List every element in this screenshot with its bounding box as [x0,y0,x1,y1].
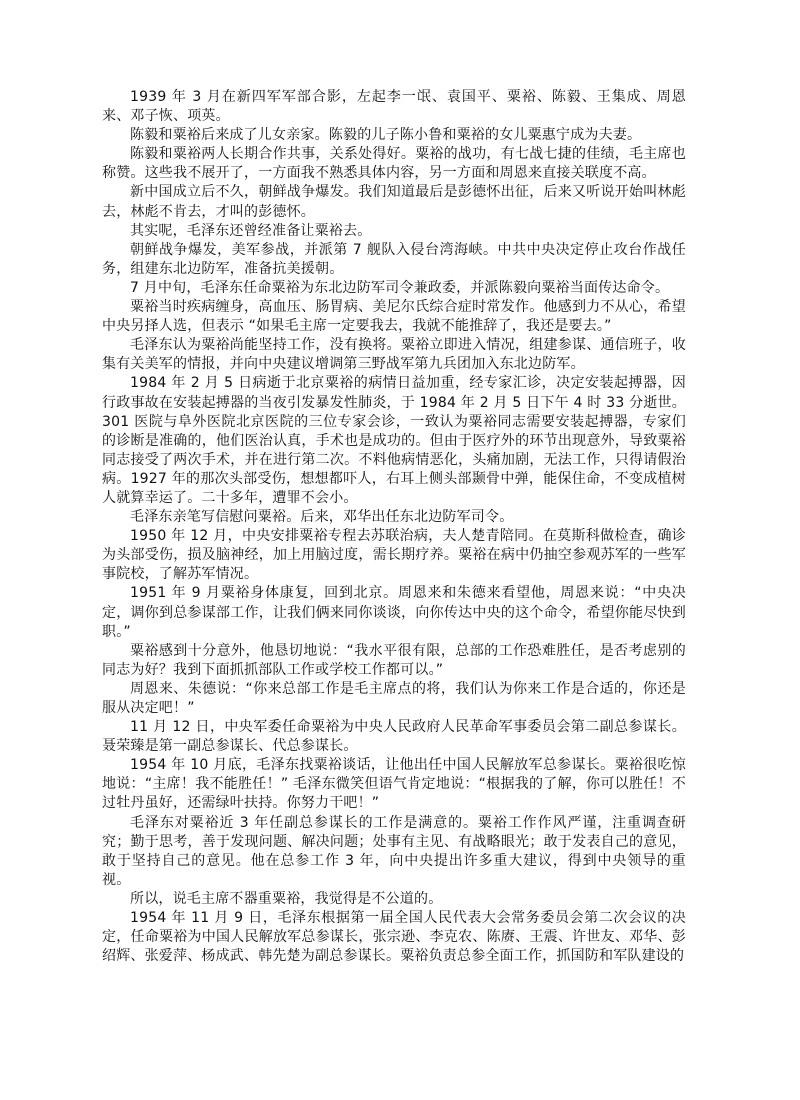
document-body: 1939 年 3 月在新四军军部合影，左起李一氓、袁国平、粟裕、陈毅、王集成、周… [102,88,686,966]
paragraph: 陈毅和粟裕后来成了儿女亲家。陈毅的儿子陈小鲁和粟裕的女儿粟惠宁成为夫妻。 [102,126,686,145]
paragraph: 1951 年 9 月粟裕身体康复，回到北京。周恩来和朱德来看望他，周恩来说：“中… [102,584,686,641]
paragraph: 1954 年 10 月底，毛泽东找粟裕谈话，让他出任中国人民解放军总参谋长。粟裕… [102,756,686,813]
paragraph: 其实呢，毛泽东还曾经准备让粟裕去。 [102,222,686,241]
paragraph: 朝鲜战争爆发，美军参战，并派第 7 舰队入侵台湾海峡。中共中央决定停止攻台作战任… [102,241,686,279]
paragraph: 新中国成立后不久，朝鲜战争爆发。我们知道最后是彭德怀出征，后来又听说开始叫林彪去… [102,183,686,221]
paragraph: 粟裕当时疾病缠身，高血压、肠胃病、美尼尔氏综合症时常发作。他感到力不从心，希望中… [102,298,686,336]
paragraph-photo-caption: 1939 年 3 月在新四军军部合影，左起李一氓、袁国平、粟裕、陈毅、王集成、周… [102,88,686,126]
paragraph: 1950 年 12 月，中央安排粟裕专程去苏联治病，夫人楚青陪同。在莫斯科做检查… [102,527,686,584]
paragraph: 7 月中旬，毛泽东任命粟裕为东北边防军司令兼政委，并派陈毅向粟裕当面传达命令。 [102,279,686,298]
paragraph: 毛泽东对粟裕近 3 年任副总参谋长的工作是满意的。粟裕工作作风严谨，注重调查研究… [102,814,686,890]
paragraph: 1954 年 11 月 9 日，毛泽东根据第一届全国人民代表大会常务委员会第二次… [102,909,686,966]
paragraph: 毛泽东亲笔写信慰问粟裕。后来，邓华出任东北边防军司令。 [102,508,686,527]
paragraph: 陈毅和粟裕两人长期合作共事，关系处得好。粟裕的战功，有七战七捷的佳绩，毛主席也称… [102,145,686,183]
paragraph: 11 月 12 日，中央军委任命粟裕为中央人民政府人民革命军事委员会第二副总参谋… [102,718,686,756]
paragraph: 所以，说毛主席不器重粟裕，我觉得是不公道的。 [102,890,686,909]
paragraph: 粟裕感到十分意外，他恳切地说：“我水平很有限，总部的工作恐难胜任，是否考虑别的同… [102,642,686,680]
paragraph: 周恩来、朱德说：“你来总部工作是毛主席点的将，我们认为你来工作是合适的，你还是服… [102,680,686,718]
paragraph: 毛泽东认为粟裕尚能坚持工作，没有换将。粟裕立即进入情况，组建参谋、通信班子，收集… [102,336,686,374]
paragraph: 1984 年 2 月 5 日病逝于北京粟裕的病情日益加重，经专家汇诊，决定安装起… [102,374,686,508]
